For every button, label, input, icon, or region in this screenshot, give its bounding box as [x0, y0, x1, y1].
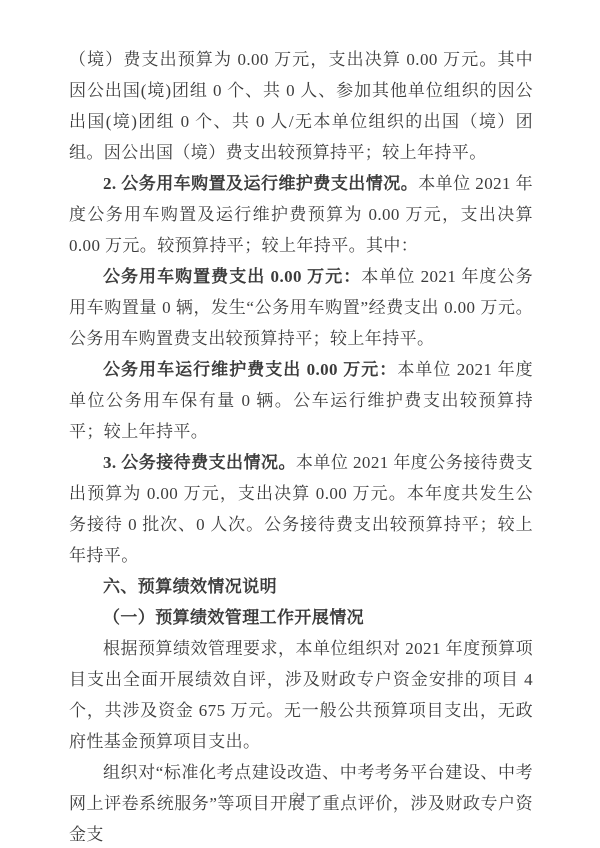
section-heading: 六、预算绩效情况说明: [69, 571, 533, 602]
page-number: - 21 -: [0, 789, 600, 805]
paragraph-lead: 2. 公务用车购置及运行维护费支出情况。: [103, 174, 418, 193]
paragraph-lead: 公务用车购置费支出 0.00 万元：: [103, 267, 361, 286]
paragraph-vehicle-maintenance: 公务用车运行维护费支出 0.00 万元：本单位 2021 年度单位公务用车保有量…: [69, 354, 533, 447]
paragraph-performance-self-review: 根据预算绩效管理要求，本单位组织对 2021 年度预算项目支出全面开展绩效自评，…: [69, 633, 533, 757]
paragraph-lead: 公务用车运行维护费支出 0.00 万元：: [103, 360, 397, 379]
paragraph-text: 根据预算绩效管理要求，本单位组织对 2021 年度预算项目支出全面开展绩效自评，…: [69, 639, 533, 751]
paragraph-continuation: （境）费支出预算为 0.00 万元，支出决算 0.00 万元。其中因公出国(境)…: [69, 44, 533, 168]
sub-heading: （一）预算绩效管理工作开展情况: [69, 602, 533, 633]
paragraph-text: （境）费支出预算为 0.00 万元，支出决算 0.00 万元。其中因公出国(境)…: [69, 50, 533, 162]
paragraph-vehicle-purchase: 公务用车购置费支出 0.00 万元：本单位 2021 年度公务用车购置量 0 辆…: [69, 261, 533, 354]
paragraph-official-reception: 3. 公务接待费支出情况。本单位 2021 年度公务接待费支出预算为 0.00 …: [69, 447, 533, 571]
paragraph-vehicle-overview: 2. 公务用车购置及运行维护费支出情况。本单位 2021 年度公务用车购置及运行…: [69, 168, 533, 261]
document-page: （境）费支出预算为 0.00 万元，支出决算 0.00 万元。其中因公出国(境)…: [0, 0, 600, 848]
paragraph-lead: 3. 公务接待费支出情况。: [103, 453, 296, 472]
